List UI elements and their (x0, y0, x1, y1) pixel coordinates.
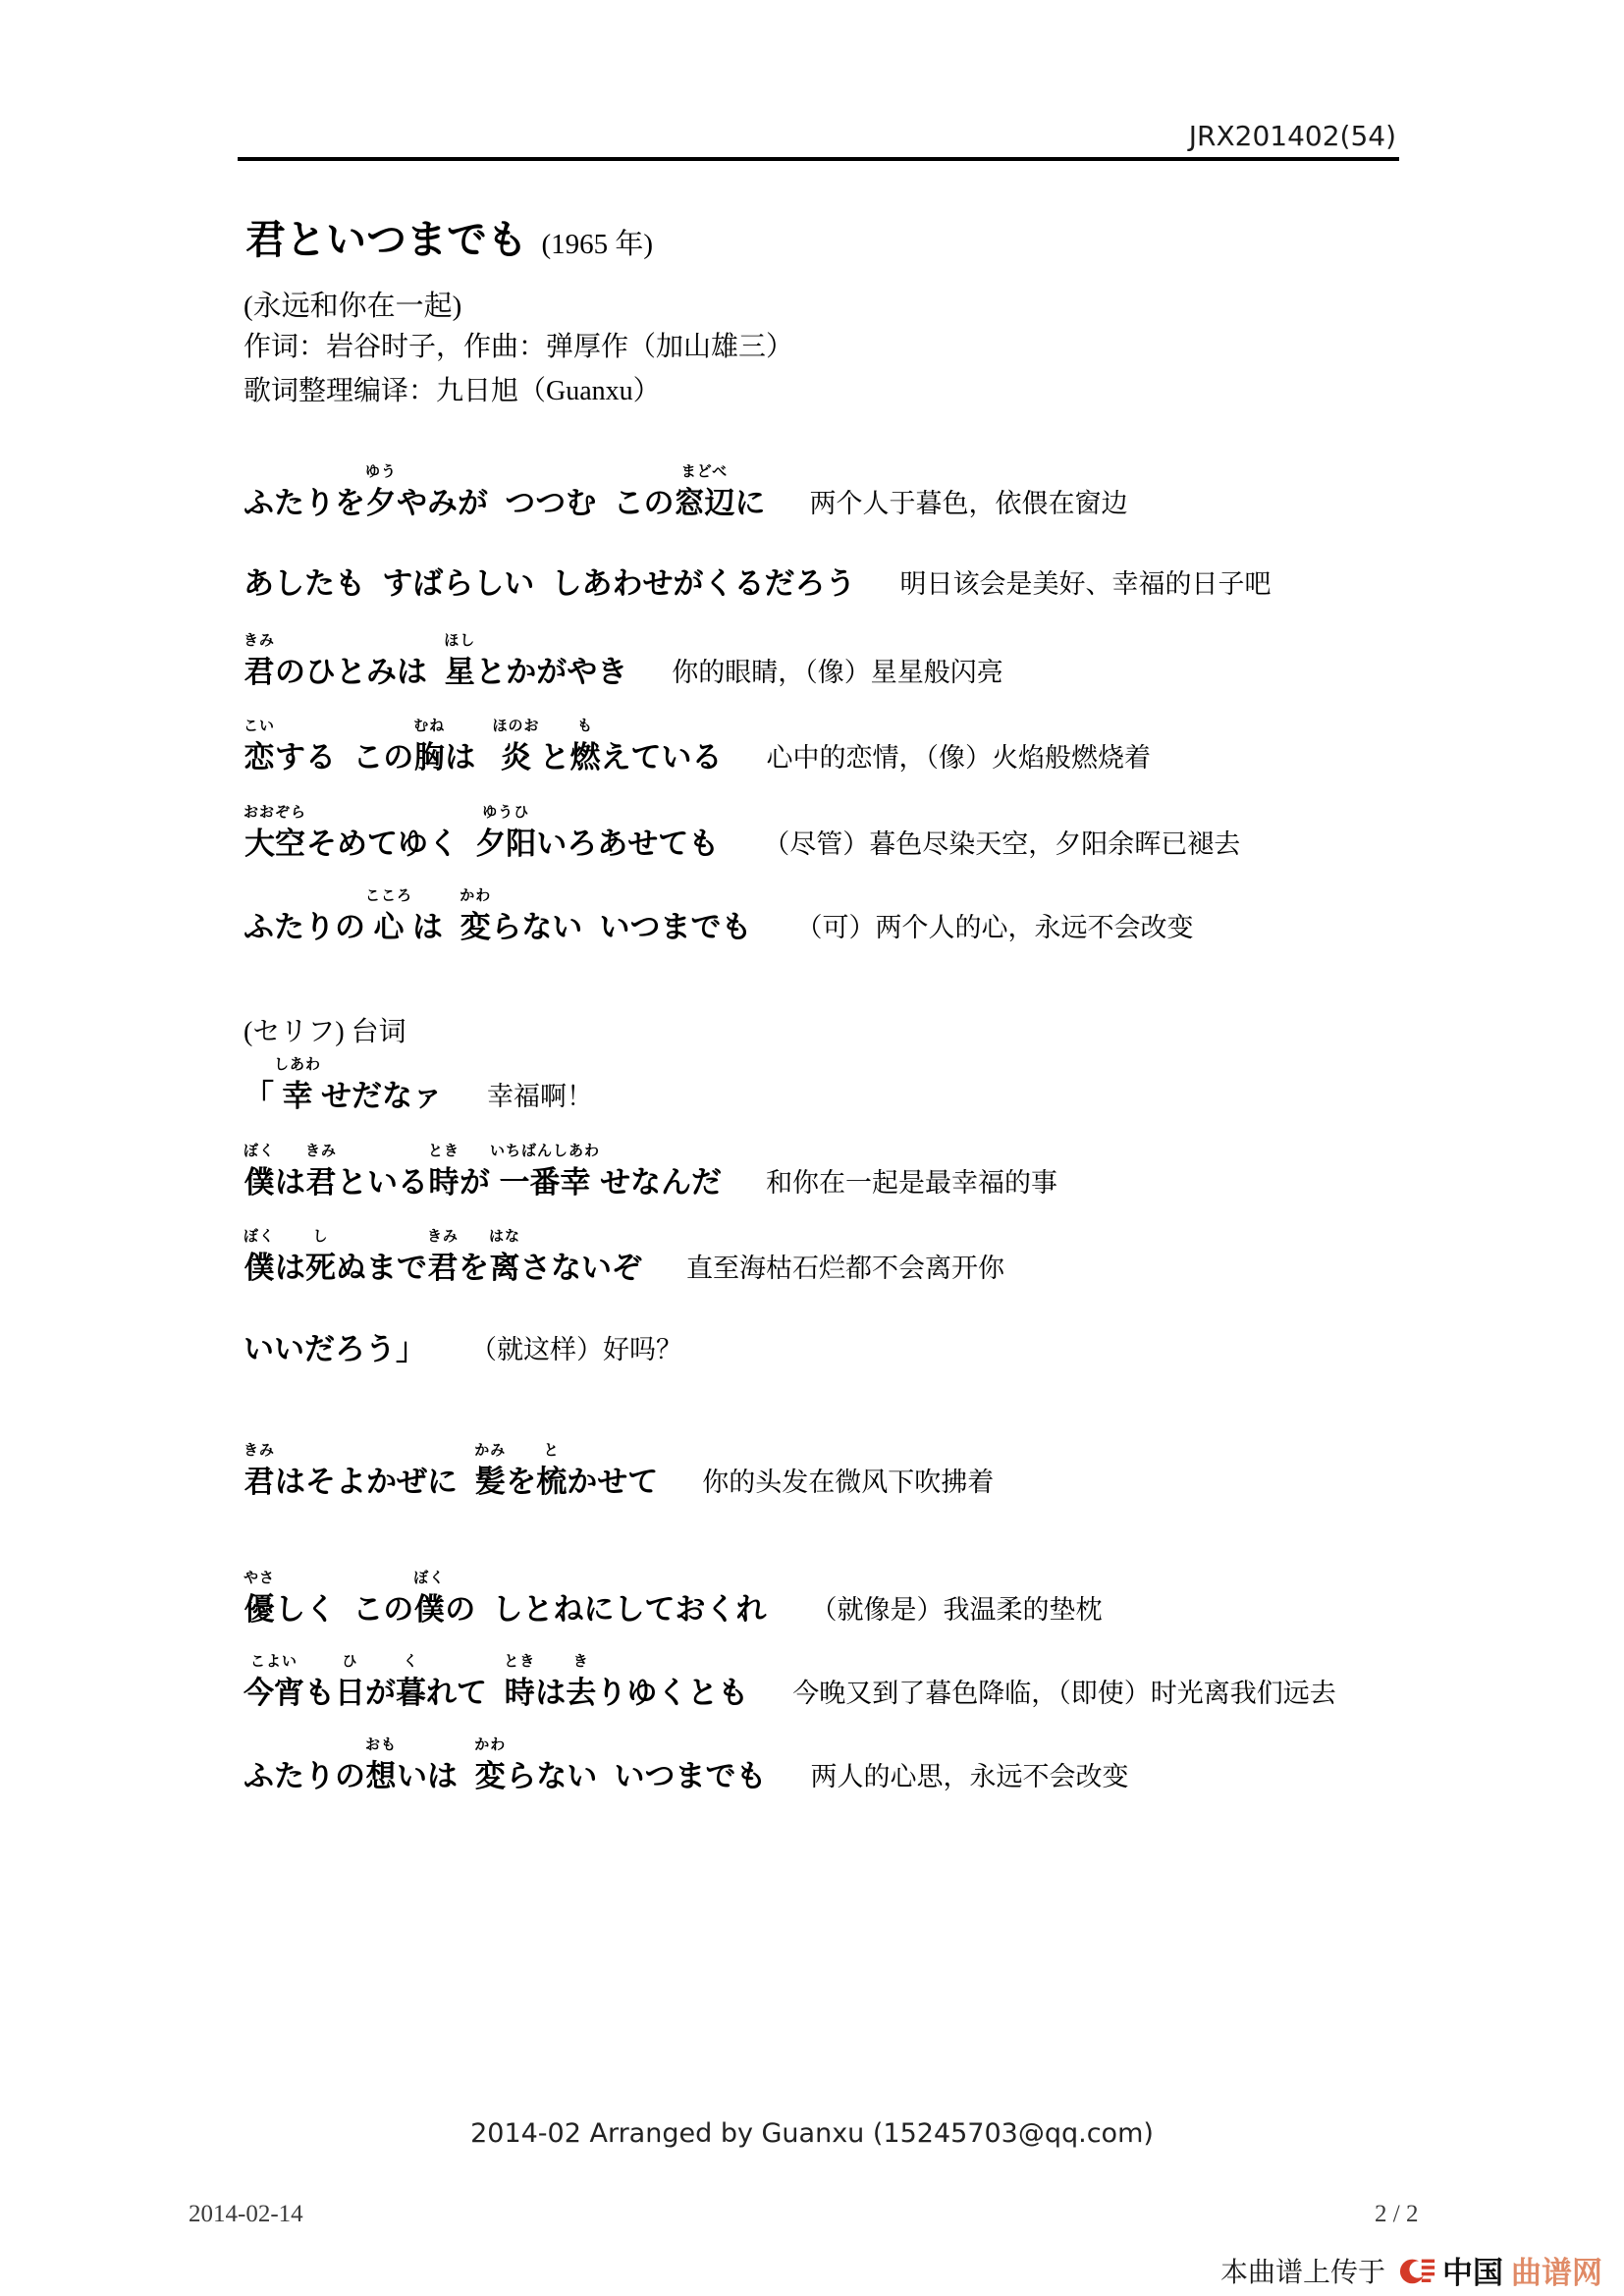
site-logo-icon (1399, 2252, 1436, 2289)
lyric-line: 「しあわ幸せだなァ幸福啊！ (244, 1052, 593, 1115)
credit-line-2: 歌词整理编译：九日旭（Guanxu） (244, 369, 793, 413)
furigana (275, 714, 413, 739)
jp-segment: こい恋 (244, 714, 275, 776)
furigana: ぼく (244, 1224, 275, 1250)
jp-text: 優 (244, 1591, 275, 1629)
jp-segment: せなんだ (600, 1139, 722, 1201)
furigana: し (305, 1224, 336, 1250)
furigana (321, 1052, 443, 1078)
furigana (734, 459, 765, 485)
lyric-line: ふたりをゆう夕やみが つつむ このまどべ窓辺に两个人于暮色，依偎在窗边 (244, 459, 1127, 522)
jp-segment: いちばんしあわ一番幸 (490, 1139, 600, 1201)
furigana (397, 459, 674, 485)
furigana: きみ (244, 628, 275, 654)
jp-segment: は (412, 883, 460, 946)
jp-segment: かみ髪 (474, 1438, 506, 1501)
furigana: こい (244, 714, 275, 739)
furigana: ほのお (493, 714, 540, 739)
jp-segment: とかがやき (475, 628, 627, 691)
jp-text: 燃 (570, 739, 601, 776)
watermark-prefix: 本曲谱上传于 (1220, 2251, 1385, 2290)
furigana (567, 1438, 658, 1464)
cn-translation: 你的眼睛，（像）星星般闪亮 (672, 655, 1003, 691)
cn-translation: 直至海枯石烂都不会离开你 (686, 1251, 1004, 1287)
jp-segment: といる (337, 1139, 428, 1201)
jp-segment: れて (426, 1649, 504, 1712)
jp-text: いろあせても (536, 826, 719, 863)
jp-text: 僕 (244, 1250, 275, 1287)
jp-segment: そめてゆく (306, 800, 475, 863)
cn-translation: 心中的恋情，（像）火焰般燃烧着 (767, 740, 1152, 776)
jp-segment: ぼく僕 (244, 1139, 275, 1201)
jp-text: 君 (427, 1250, 459, 1287)
jp-text: らない いつまでも (491, 909, 751, 946)
jp-segment: し死 (305, 1224, 336, 1287)
jp-segment: ふたりを (244, 459, 365, 522)
furigana (244, 540, 855, 565)
cn-translation: 明日该会是美好、幸福的日子吧 (899, 566, 1271, 603)
furigana: とき (428, 1139, 460, 1164)
furigana (275, 1438, 474, 1464)
furigana (275, 1139, 305, 1164)
jp-segment: ひ日 (335, 1649, 365, 1712)
cn-translation: 两人的心思，永远不会改变 (811, 1759, 1129, 1795)
jp-text: の しとねにしておくれ (445, 1591, 766, 1629)
furigana: かみ (474, 1438, 506, 1464)
furigana: はな (489, 1224, 520, 1250)
furigana: こころ (365, 883, 412, 909)
jp-text: と (540, 739, 570, 776)
jp-segment: を (506, 1438, 536, 1501)
furigana (244, 1052, 274, 1078)
lyric-line: きみ君のひとみは ほし星とかがやき你的眼睛，（像）星星般闪亮 (244, 628, 1003, 691)
cn-translation: （可）两个人的心，永远不会改变 (796, 910, 1194, 946)
title-year: (1965 年) (527, 229, 653, 260)
lyric-line: あしたも すばらしい しあわせがくるだろう明日该会是美好、幸福的日子吧 (244, 540, 1271, 603)
jp-text: 日 (335, 1675, 365, 1712)
jp-text: 幸 (274, 1078, 321, 1115)
jp-segment: きみ君 (427, 1224, 459, 1287)
jp-text: といる (337, 1164, 428, 1201)
jp-segment: ぬまで (336, 1224, 427, 1287)
jp-segment: の しとねにしておくれ (445, 1566, 766, 1629)
jp-segment: はな离 (489, 1224, 520, 1287)
furigana (304, 1649, 335, 1675)
jp-text: も (304, 1675, 335, 1712)
furigana (244, 1306, 426, 1331)
jp-text: 君 (244, 654, 275, 691)
jp-text: する この (275, 739, 413, 776)
jp-text: 変 (474, 1758, 506, 1795)
page-number: 2 / 2 (1375, 2201, 1418, 2228)
subtitle: (永远和你在一起) (244, 284, 461, 324)
jp-segment: せだなァ (321, 1052, 443, 1115)
lyric-line: こい恋する このむね胸は ほのお炎とも燃えている心中的恋情，（像）火焰般燃烧着 (244, 714, 1151, 776)
furigana (306, 800, 475, 826)
jp-segment: きみ君 (305, 1139, 337, 1201)
jp-segment: いろあせても (536, 800, 719, 863)
cn-translation: （就这样）好吗？ (470, 1332, 682, 1368)
jp-segment: とき時 (504, 1649, 535, 1712)
jp-text: は (535, 1675, 566, 1712)
document-page: JRX201402(54) 君といつまでも (1965 年) (永远和你在一起)… (0, 0, 1624, 2296)
furigana: ほし (444, 628, 475, 654)
jp-text: 暮 (396, 1675, 426, 1712)
jp-segment: きみ君 (244, 628, 275, 691)
jp-segment: らない いつまでも (491, 883, 751, 946)
furigana (596, 1649, 748, 1675)
jp-text: とかがやき (475, 654, 627, 691)
jp-segment: やみが つつむ この (397, 459, 674, 522)
lyric-line: ぼく僕はし死ぬまできみ君をはな离さないぞ直至海枯石烂都不会离开你 (244, 1224, 1004, 1287)
jp-text: 心 (365, 909, 412, 946)
lyric-line: きみ君はそよかぜに かみ髪をと梳かせて你的头发在微风下吹拂着 (244, 1438, 994, 1501)
furigana (459, 1224, 489, 1250)
jp-text: 大空 (244, 826, 306, 863)
jp-segment: に (734, 459, 765, 522)
jp-segment: らない いつまでも (506, 1733, 766, 1795)
jp-segment: く暮 (396, 1649, 426, 1712)
jp-text: 「 (244, 1078, 274, 1115)
furigana: と (536, 1438, 567, 1464)
jp-text: 君 (244, 1464, 275, 1501)
furigana: おおぞら (244, 800, 306, 826)
jp-text: を (459, 1250, 489, 1287)
jp-segment: やさ優 (244, 1566, 275, 1629)
jp-text: 炎 (493, 739, 540, 776)
jp-segment: も (304, 1649, 335, 1712)
jp-text: は (275, 1164, 305, 1201)
furigana (600, 1139, 722, 1164)
furigana: いちばんしあわ (490, 1139, 600, 1164)
jp-text: が (365, 1675, 396, 1712)
jp-text: 僕 (413, 1591, 445, 1629)
furigana: きみ (305, 1139, 337, 1164)
jp-text: かせて (567, 1464, 658, 1501)
jp-text: 胸 (413, 739, 445, 776)
jp-segment: は (445, 714, 492, 776)
jp-text: 髪 (474, 1464, 506, 1501)
jp-text: 君 (305, 1164, 337, 1201)
jp-segment: き去 (566, 1649, 596, 1712)
furigana (244, 1733, 365, 1758)
jp-segment: さないぞ (520, 1224, 642, 1287)
jp-segment: と (540, 714, 570, 776)
furigana (601, 714, 723, 739)
furigana (337, 1139, 428, 1164)
jp-segment: ゆうひ夕阳 (475, 800, 536, 863)
jp-text: 星 (444, 654, 475, 691)
jp-text: さないぞ (520, 1250, 642, 1287)
jp-segment: ほし星 (444, 628, 475, 691)
jp-segment: まどべ窓辺 (674, 459, 734, 522)
jp-text: せだなァ (321, 1078, 443, 1115)
jp-segment: を (459, 1224, 489, 1287)
jp-text: ふたりの (244, 909, 365, 946)
jp-text: を (506, 1464, 536, 1501)
cn-translation: 幸福啊！ (487, 1079, 593, 1115)
jp-segment: ほのお炎 (493, 714, 540, 776)
jp-text: りゆくとも (596, 1675, 748, 1712)
lyric-line: ふたりのおも想いは かわ変らない いつまでも两人的心思，永远不会改变 (244, 1733, 1129, 1795)
furigana (426, 1649, 504, 1675)
furigana: まどべ (674, 459, 734, 485)
jp-segment: かわ変 (474, 1733, 506, 1795)
jp-text: 時 (428, 1164, 460, 1201)
cn-translation: （就像是）我温柔的垫枕 (811, 1592, 1103, 1629)
doc-ref: JRX201402(54) (1189, 120, 1396, 152)
cn-translation: 两个人于暮色，依偎在窗边 (809, 486, 1127, 522)
jp-text: やみが つつむ この (397, 485, 674, 522)
jp-segment: おおぞら大空 (244, 800, 306, 863)
jp-text: は (275, 1250, 305, 1287)
footer-arranged-note: 2014-02 Arranged by Guanxu (15245703@qq.… (0, 2118, 1624, 2149)
jp-text: はそよかぜに (275, 1464, 474, 1501)
furigana: ぼく (244, 1139, 275, 1164)
jp-text: 想 (365, 1758, 397, 1795)
furigana (244, 459, 365, 485)
jp-text: しく この (275, 1591, 413, 1629)
header-rule (238, 157, 1399, 161)
furigana: きみ (427, 1224, 459, 1250)
jp-text: 离 (489, 1250, 520, 1287)
furigana: く (396, 1649, 426, 1675)
furigana: とき (504, 1649, 535, 1675)
jp-segment: は (535, 1649, 566, 1712)
jp-segment: が (365, 1649, 396, 1712)
furigana (536, 800, 719, 826)
jp-text: らない いつまでも (506, 1758, 766, 1795)
title-block: 君といつまでも (1965 年) (245, 207, 653, 265)
jp-text: 窓辺 (674, 485, 734, 522)
furigana: こよい (244, 1649, 304, 1675)
jp-segment: かせて (567, 1438, 658, 1501)
jp-text: いいだろう」 (244, 1331, 426, 1368)
jp-segment: ぼく僕 (244, 1224, 275, 1287)
jp-segment: あしたも すばらしい しあわせがくるだろう (244, 540, 855, 603)
section-label: (セリフ) 台词 (244, 1010, 406, 1049)
furigana: ぼく (413, 1566, 445, 1591)
jp-segment: しく この (275, 1566, 413, 1629)
jp-text: せなんだ (600, 1164, 722, 1201)
jp-text: あしたも すばらしい しあわせがくるだろう (244, 565, 855, 603)
jp-text: に (734, 485, 765, 522)
lyric-line: おおぞら大空そめてゆく ゆうひ夕阳いろあせても（尽管）暮色尽染天空，夕阳余晖已褪… (244, 800, 1240, 863)
furigana (520, 1224, 642, 1250)
furigana: きみ (244, 1438, 275, 1464)
jp-segment: きみ君 (244, 1438, 275, 1501)
jp-text: 夕 (365, 485, 397, 522)
jp-text: 死 (305, 1250, 336, 1287)
furigana: ゆうひ (475, 800, 536, 826)
jp-text: いは (397, 1758, 474, 1795)
page-title: 君といつまでも (245, 217, 527, 262)
jp-segment: も燃 (570, 714, 601, 776)
lyric-line: やさ優しく このぼく僕の しとねにしておくれ（就像是）我温柔的垫枕 (244, 1566, 1103, 1629)
lyric-line: こよい今宵もひ日がく暮れて とき時はき去りゆくとも今晚又到了暮色降临，（即使）时… (244, 1649, 1336, 1712)
title-year-text: (1965 年) (542, 229, 654, 260)
lyric-line: ぼく僕はきみ君といるとき時がいちばんしあわ一番幸せなんだ和你在一起是最幸福的事 (244, 1139, 1057, 1201)
jp-text: ぬまで (336, 1250, 427, 1287)
jp-text: は (412, 909, 460, 946)
furigana (365, 1649, 396, 1675)
jp-text: 夕阳 (475, 826, 536, 863)
jp-segment: りゆくとも (596, 1649, 748, 1712)
jp-text: れて (426, 1675, 504, 1712)
jp-segment: 「 (244, 1052, 274, 1115)
furigana (275, 628, 444, 654)
jp-segment: はそよかぜに (275, 1438, 474, 1501)
cn-translation: 今晚又到了暮色降临，（即使）时光离我们远去 (792, 1676, 1336, 1712)
jp-text: 梳 (536, 1464, 567, 1501)
jp-text: ふたりの (244, 1758, 365, 1795)
jp-segment: ゆう夕 (365, 459, 397, 522)
furigana: かわ (460, 883, 491, 909)
cn-translation: 和你在一起是最幸福的事 (766, 1165, 1057, 1201)
jp-text: は (445, 739, 492, 776)
furigana (460, 1139, 490, 1164)
furigana: やさ (244, 1566, 275, 1591)
furigana: も (570, 714, 601, 739)
furigana: むね (413, 714, 445, 739)
lyric-line: ふたりのこころ心は かわ変らない いつまでも（可）两个人的心，永远不会改变 (244, 883, 1194, 946)
furigana: ひ (335, 1649, 365, 1675)
furigana (244, 883, 365, 909)
jp-text: のひとみは (275, 654, 444, 691)
jp-text: 今宵 (244, 1675, 304, 1712)
furigana: かわ (474, 1733, 506, 1758)
jp-segment: いは (397, 1733, 474, 1795)
jp-segment: むね胸 (413, 714, 445, 776)
furigana: き (566, 1649, 596, 1675)
furigana (445, 714, 492, 739)
credit-line-1: 作词：岩谷时子，作曲：弹厚作（加山雄三） (244, 325, 793, 369)
jp-segment: は (275, 1139, 305, 1201)
jp-text: えている (601, 739, 723, 776)
furigana (336, 1224, 427, 1250)
watermark-site-bold: 中国 (1442, 2248, 1503, 2292)
furigana (535, 1649, 566, 1675)
jp-segment: しあわ幸 (274, 1052, 321, 1115)
jp-segment: かわ変 (460, 883, 491, 946)
credits-block: 作词：岩谷时子，作曲：弹厚作（加山雄三） 歌词整理编译：九日旭（Guanxu） (244, 325, 793, 413)
jp-text: 変 (460, 909, 491, 946)
lyric-line: いいだろう」（就这样）好吗？ (244, 1306, 682, 1368)
furigana (412, 883, 460, 909)
jp-segment: ふたりの (244, 883, 365, 946)
jp-segment: のひとみは (275, 628, 444, 691)
jp-text: 時 (504, 1675, 535, 1712)
jp-segment: おも想 (365, 1733, 397, 1795)
jp-segment: とき時 (428, 1139, 460, 1201)
footer-date: 2014-02-14 (189, 2201, 303, 2228)
jp-text: 僕 (244, 1164, 275, 1201)
jp-segment: ぼく僕 (413, 1566, 445, 1629)
jp-segment: する この (275, 714, 413, 776)
jp-segment: いいだろう」 (244, 1306, 426, 1368)
furigana (397, 1733, 474, 1758)
jp-text: 恋 (244, 739, 275, 776)
furigana: おも (365, 1733, 397, 1758)
watermark-site-colored: 曲谱网 (1511, 2248, 1602, 2292)
furigana (445, 1566, 766, 1591)
jp-segment: が (460, 1139, 490, 1201)
furigana (475, 628, 627, 654)
furigana (275, 1566, 413, 1591)
jp-text: ふたりを (244, 485, 365, 522)
furigana (275, 1224, 305, 1250)
furigana: ゆう (365, 459, 397, 485)
jp-segment: と梳 (536, 1438, 567, 1501)
jp-text: そめてゆく (306, 826, 475, 863)
jp-segment: は (275, 1224, 305, 1287)
jp-text: 去 (566, 1675, 596, 1712)
furigana (540, 714, 570, 739)
jp-segment: えている (601, 714, 723, 776)
cn-translation: （尽管）暮色尽染天空，夕阳余晖已褪去 (763, 827, 1240, 863)
furigana (491, 883, 751, 909)
jp-text: が (460, 1164, 490, 1201)
furigana: しあわ (274, 1052, 321, 1078)
furigana (506, 1733, 766, 1758)
jp-segment: こよい今宵 (244, 1649, 304, 1712)
cn-translation: 你的头发在微风下吹拂着 (702, 1465, 994, 1501)
jp-segment: こころ心 (365, 883, 412, 946)
watermark: 本曲谱上传于 中国 曲谱网 (1220, 2248, 1602, 2292)
jp-segment: ふたりの (244, 1733, 365, 1795)
furigana (506, 1438, 536, 1464)
jp-text: 一番幸 (490, 1164, 600, 1201)
